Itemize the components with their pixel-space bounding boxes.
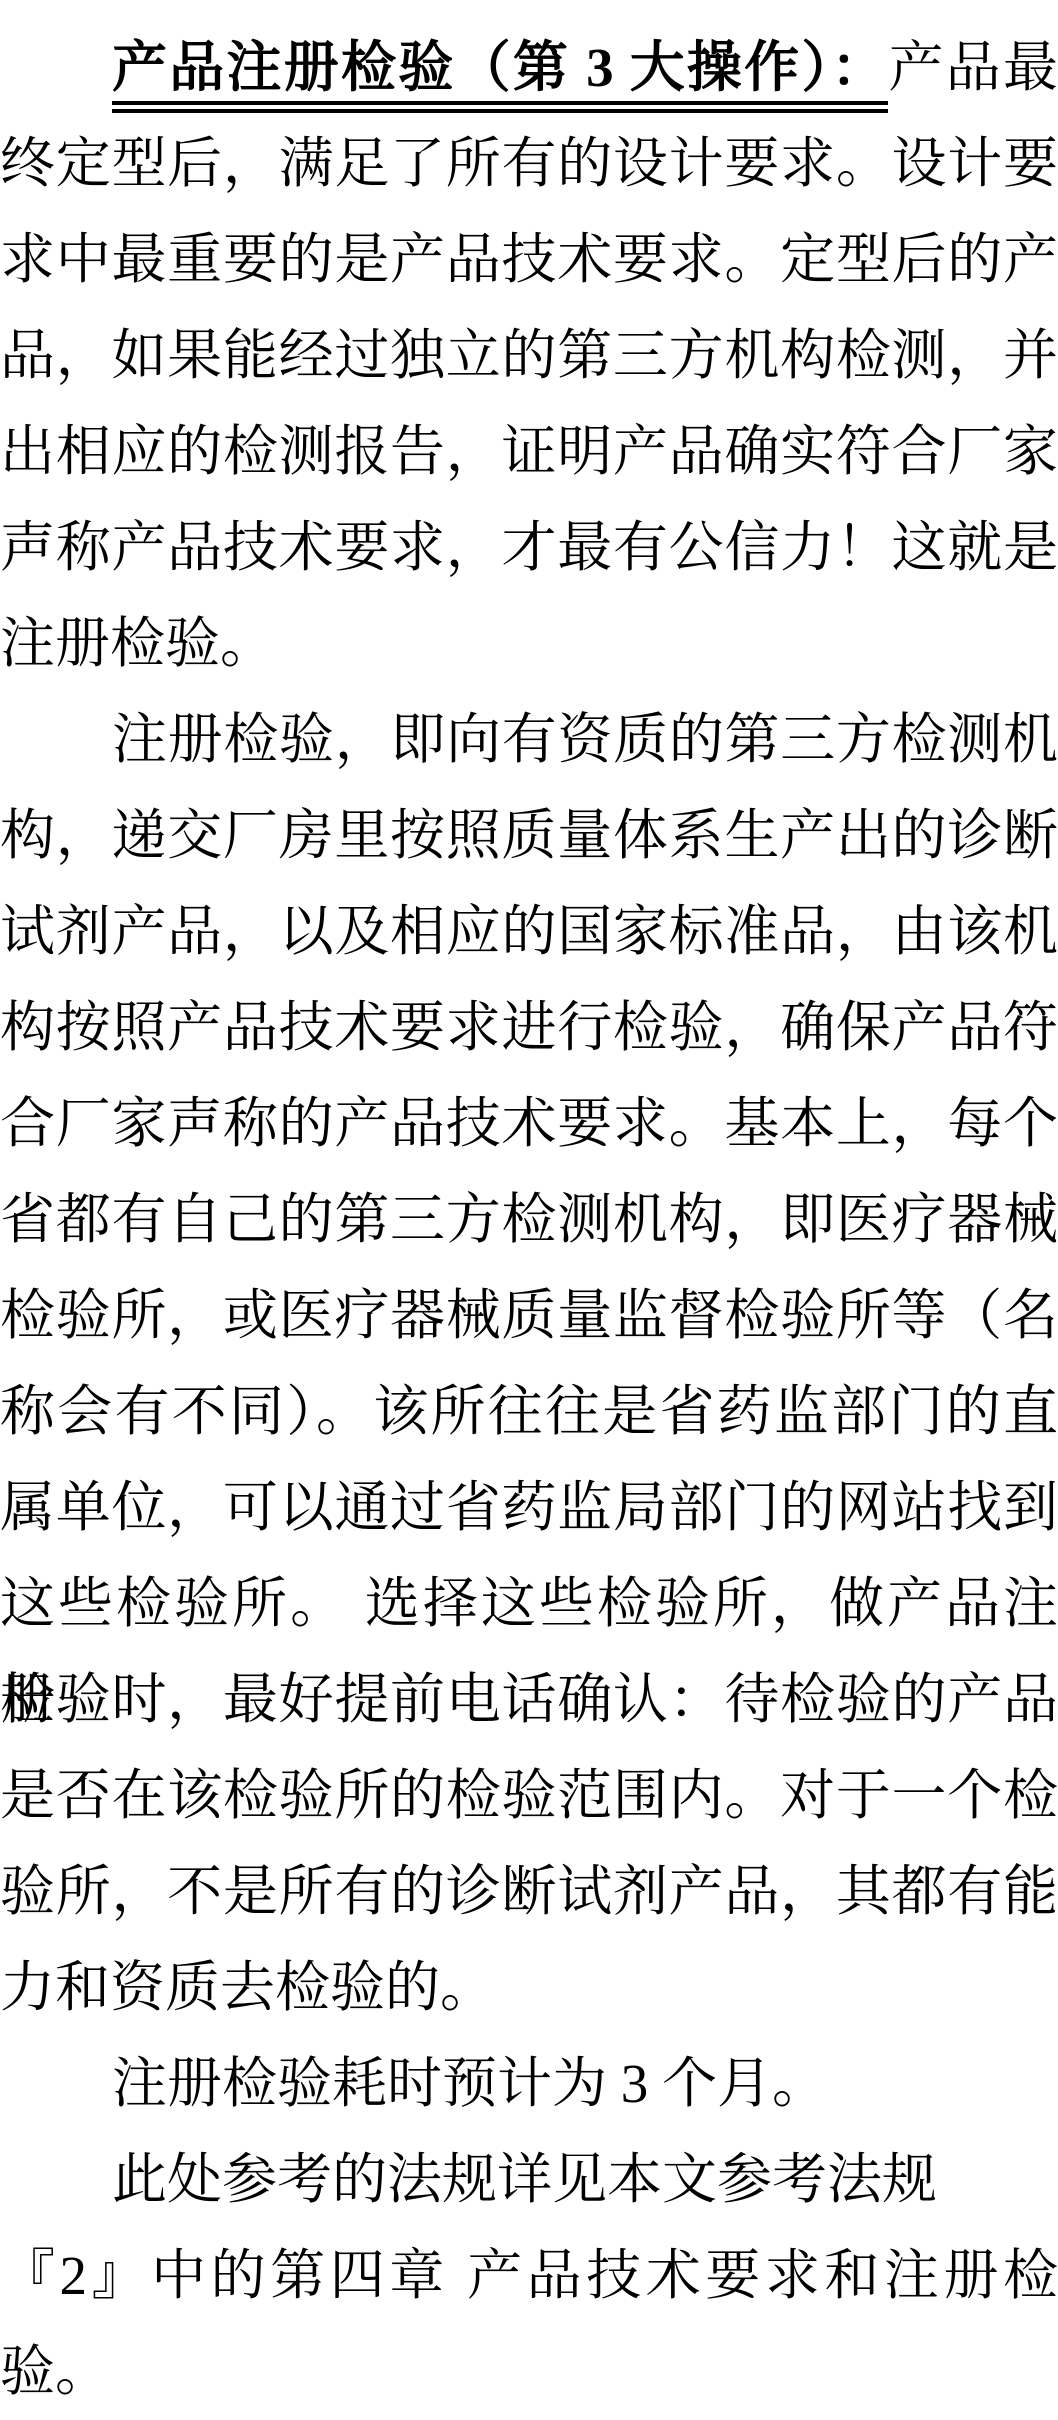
text-line: 品，如果能经过独立的第三方机构检测，并 xyxy=(0,308,1058,404)
text-line: 构按照产品技术要求进行检验，确保产品符 xyxy=(0,980,1058,1076)
text-line: 注册检验，即向有资质的第三方检测机 xyxy=(0,692,1058,788)
text-line: 称会有不同）。该所往往是省药监部门的直 xyxy=(0,1364,1058,1460)
text-line: 此处参考的法规详见本文参考法规 xyxy=(0,2132,1058,2228)
text-line: 力和资质去检验的。 xyxy=(0,1940,1058,2036)
heading-trailing-text: 产品最 xyxy=(888,37,1058,98)
text-line: 注册检验耗时预计为 3 个月。 xyxy=(0,2036,1058,2132)
text-line: 构，递交厂房里按照质量体系生产出的诊断 xyxy=(0,788,1058,884)
text-line: 验所，不是所有的诊断试剂产品，其都有能 xyxy=(0,1844,1058,1940)
text-line: 注册检验。 xyxy=(0,596,1058,692)
heading-line: 产品注册检验（第 3 大操作）：产品最 xyxy=(0,20,1058,116)
text-line: 是否在该检验所的检验范围内。对于一个检 xyxy=(0,1748,1058,1844)
text-line: 省都有自己的第三方检测机构，即医疗器械 xyxy=(0,1172,1058,1268)
text-line: 试剂产品，以及相应的国家标准品，由该机 xyxy=(0,884,1058,980)
text-line: 求中最重要的是产品技术要求。定型后的产 xyxy=(0,212,1058,308)
text-line: 检验所，或医疗器械质量监督检验所等（名 xyxy=(0,1268,1058,1364)
text-line: 检验时，最好提前电话确认：待检验的产品 xyxy=(0,1652,1058,1748)
text-line: 终定型后，满足了所有的设计要求。设计要 xyxy=(0,116,1058,212)
text-line: 这些检验所。 选择这些检验所，做产品注册 xyxy=(0,1556,1058,1652)
text-line: 『2』中的第四章 产品技术要求和注册检 xyxy=(0,2228,1058,2324)
text-line: 合厂家声称的产品技术要求。基本上，每个 xyxy=(0,1076,1058,1172)
text-line: 出相应的检测报告，证明产品确实符合厂家 xyxy=(0,404,1058,500)
text-line: 声称产品技术要求，才最有公信力！这就是 xyxy=(0,500,1058,596)
text-line: 验。 xyxy=(0,2324,1058,2420)
heading-emphasized-text: 产品注册检验（第 3 大操作）： xyxy=(112,37,888,113)
text-line: 属单位，可以通过省药监局部门的网站找到 xyxy=(0,1460,1058,1556)
document-page: 产品注册检验（第 3 大操作）：产品最 终定型后，满足了所有的设计要求。设计要 … xyxy=(0,0,1058,2420)
